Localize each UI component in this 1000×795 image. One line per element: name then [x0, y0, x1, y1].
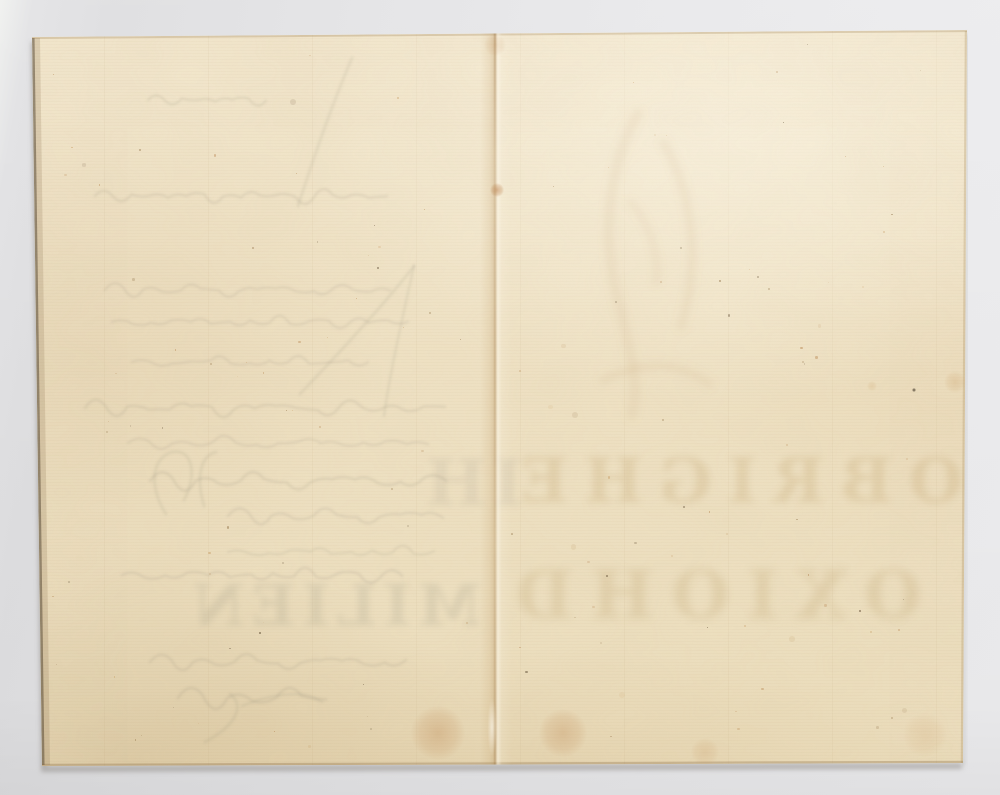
paper-speck: [883, 231, 885, 233]
paper-speck: [859, 610, 860, 611]
paper-speck: [571, 544, 577, 550]
paper-speck: [876, 726, 878, 728]
paper-speck: [891, 717, 893, 719]
paper-speck: [525, 671, 527, 673]
paper-speck: [246, 362, 247, 363]
paper-speck: [902, 708, 907, 713]
paper-speck: [317, 241, 318, 242]
paper-speck: [800, 347, 802, 349]
paper-speck: [824, 604, 826, 606]
paper-speck: [802, 361, 804, 363]
paper-speck: [883, 166, 885, 168]
paper-speck: [574, 617, 576, 619]
paper-speck: [903, 599, 904, 600]
paper-speck: [680, 247, 682, 249]
paper-speck: [114, 676, 116, 678]
paper-sheet: OBRIGHEOXIOHDMILIENIH: [0, 0, 1000, 795]
paper-speck: [429, 312, 430, 313]
speck-layer: [0, 0, 1000, 795]
paper-speck: [139, 149, 141, 151]
paper-speck: [237, 376, 238, 377]
paper-speck: [132, 278, 135, 281]
paper-speck: [804, 363, 805, 364]
paper-speck: [175, 349, 176, 350]
paper-speck: [735, 711, 736, 712]
paper-speck: [52, 596, 54, 598]
paper-speck: [209, 573, 211, 575]
paper-speck: [615, 301, 617, 303]
paper-speck: [99, 184, 100, 185]
paper-speck: [407, 525, 409, 527]
paper-speck: [263, 622, 264, 623]
paper-speck: [749, 269, 750, 270]
paper-speck: [68, 581, 70, 583]
paper-speck: [259, 632, 260, 633]
paper-speck: [229, 648, 231, 650]
paper-speck: [173, 707, 174, 708]
paper-speck: [666, 135, 667, 136]
paper-speck: [553, 186, 554, 187]
paper-speck: [726, 533, 728, 535]
paper-speck: [608, 476, 610, 478]
paper-speck: [282, 562, 284, 564]
paper-speck: [768, 288, 770, 290]
paper-speck: [130, 425, 132, 427]
paper-speck: [263, 372, 265, 374]
paper-speck: [660, 281, 661, 282]
paper-speck: [53, 74, 54, 75]
paper-speck: [737, 728, 739, 730]
paper-speck: [363, 684, 364, 685]
paper-speck: [108, 421, 109, 422]
paper-speck: [828, 282, 829, 283]
paper-speck: [519, 647, 520, 648]
paper-speck: [818, 324, 822, 328]
paper-speck: [600, 642, 602, 644]
paper-speck: [286, 410, 287, 411]
paper-speck: [421, 450, 423, 452]
paper-speck: [845, 156, 846, 157]
paper-speck: [898, 629, 900, 631]
paper-speck: [356, 298, 358, 300]
paper-speck: [370, 728, 372, 730]
paper-speck: [796, 519, 798, 521]
paper-speck: [606, 575, 608, 577]
paper-speck: [378, 246, 380, 248]
paper-speck: [377, 267, 379, 269]
paper-speck: [786, 444, 787, 445]
paper-speck: [511, 533, 513, 535]
paper-speck: [327, 337, 328, 338]
paper-speck: [141, 735, 143, 737]
paper-speck: [808, 574, 809, 575]
paper-speck: [466, 622, 468, 624]
paper-speck: [252, 247, 255, 250]
paper-speck: [807, 44, 808, 45]
paper-speck: [709, 511, 711, 513]
paper-speck: [198, 723, 199, 724]
paper-speck: [64, 174, 66, 176]
paper-speck: [789, 636, 795, 642]
paper-speck: [634, 542, 636, 544]
paper-speck: [71, 147, 72, 148]
paper-speck: [82, 163, 85, 166]
paper-speck: [367, 716, 368, 717]
paper-speck: [403, 327, 404, 328]
paper-speck: [757, 276, 759, 278]
paper-speck: [308, 745, 310, 747]
paper-speck: [292, 410, 293, 411]
paper-speck: [862, 286, 864, 288]
paper-speck: [374, 225, 375, 226]
paper-speck: [683, 506, 685, 508]
paper-speck: [707, 627, 708, 628]
paper-speck: [397, 97, 399, 99]
paper-speck: [572, 412, 578, 418]
paper-speck: [210, 363, 211, 364]
paper-speck: [135, 739, 136, 740]
paper-speck: [208, 552, 210, 554]
paper-speck: [214, 154, 217, 157]
paper-speck: [56, 664, 57, 665]
paper-speck: [619, 692, 625, 698]
paper-speck: [519, 370, 521, 372]
paper-speck: [587, 561, 590, 564]
paper-speck: [719, 280, 721, 282]
paper-speck: [761, 688, 763, 690]
paper-speck: [654, 134, 656, 136]
paper-speck: [309, 55, 311, 57]
paper-speck: [633, 82, 634, 83]
paper-speck: [776, 71, 778, 73]
paper-speck: [920, 70, 921, 71]
paper-speck: [162, 427, 164, 429]
paper-speck: [298, 341, 300, 343]
paper-speck: [106, 431, 108, 433]
paper-speck: [368, 255, 369, 256]
paper-speck: [296, 173, 297, 174]
paper-speck: [290, 99, 296, 105]
paper-speck: [592, 606, 594, 608]
paper-speck: [274, 731, 275, 732]
paper-speck: [662, 419, 664, 421]
paper-speck: [608, 167, 609, 168]
paper-speck: [815, 356, 817, 358]
paper-speck: [783, 122, 784, 123]
scanned-document-image: OBRIGHEOXIOHDMILIENIH: [0, 0, 1000, 795]
paper-speck: [671, 555, 673, 557]
paper-speck: [548, 405, 553, 410]
paper-speck: [891, 214, 892, 215]
paper-speck: [561, 344, 566, 349]
paper-speck: [870, 631, 872, 633]
paper-speck: [906, 458, 908, 460]
paper-speck: [460, 339, 461, 340]
paper-speck: [391, 488, 393, 490]
paper-speck: [227, 526, 229, 528]
paper-speck: [610, 736, 611, 737]
paper-speck: [744, 625, 746, 627]
paper-speck: [319, 426, 321, 428]
paper-speck: [424, 209, 425, 210]
paper-speck: [728, 314, 730, 316]
paper-speck: [115, 373, 117, 375]
